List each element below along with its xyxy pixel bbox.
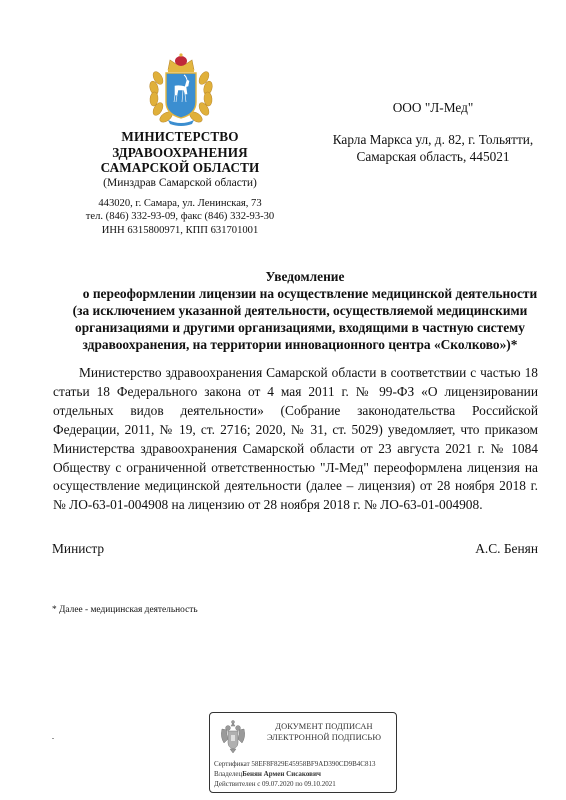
ministry-name-line-3: САМАРСКОЙ ОБЛАСТИ xyxy=(60,160,300,176)
stamp-title: ДОКУМЕНТ ПОДПИСАН ЭЛЕКТРОННОЙ ПОДПИСЬЮ xyxy=(254,721,394,743)
ministry-name-line-2: ЗДРАВООХРАНЕНИЯ xyxy=(60,145,300,161)
document-heading: Уведомление xyxy=(50,268,550,285)
ministry-address: 443020, г. Самара, ул. Ленинская, 73 xyxy=(60,197,300,210)
title-line-4: здравоохранения, на территории инновацио… xyxy=(50,336,550,353)
stamp-certificate: Сертификат 58EF8F829E45958BF9AD390CD9B4C… xyxy=(214,759,375,769)
signature-row: Министр А.С. Бенян xyxy=(52,541,538,557)
samara-region-coat-of-arms-icon xyxy=(146,52,216,126)
stamp-title-line-1: ДОКУМЕНТ ПОДПИСАН xyxy=(254,721,394,732)
stamp-owner: ВладелецБенян Армен Сисакович xyxy=(214,769,375,779)
stamp-title-line-2: ЭЛЕКТРОННОЙ ПОДПИСЬЮ xyxy=(254,732,394,743)
ministry-phone-fax: тел. (846) 332-93-09, факс (846) 332-93-… xyxy=(60,210,300,223)
recipient-address: Карла Маркса ул, д. 82, г. Тольятти, Сам… xyxy=(300,131,566,165)
owner-label: Владелец xyxy=(214,770,242,778)
title-line-2: (за исключением указанной деятельности, … xyxy=(50,302,550,319)
stamp-details: Сертификат 58EF8F829E45958BF9AD390CD9B4C… xyxy=(214,759,375,789)
recipient-address-line-2: Самарская область, 445021 xyxy=(300,148,566,165)
recipient-address-line-1: Карла Маркса ул, д. 82, г. Тольятти, xyxy=(300,131,566,148)
owner-value: Бенян Армен Сисакович xyxy=(242,770,321,778)
notice-body: Министерство здравоохранения Самарской о… xyxy=(53,364,538,515)
signatory-position: Министр xyxy=(52,541,104,557)
ministry-short-name: (Минздрав Самарской области) xyxy=(60,176,300,190)
ministry-inn-kpp: ИНН 6315800971, КПП 631701001 xyxy=(60,224,300,237)
title-line-3: организациями и другими организациями, в… xyxy=(50,319,550,336)
ministry-contacts: 443020, г. Самара, ул. Ленинская, 73 тел… xyxy=(60,197,300,237)
ministry-name-line-1: МИНИСТЕРСТВО xyxy=(60,129,300,145)
stamp-validity: Действителен с 09.07.2020 по 09.10.2021 xyxy=(214,779,375,789)
signatory-name: А.С. Бенян xyxy=(475,541,538,557)
electronic-signature-stamp: ДОКУМЕНТ ПОДПИСАН ЭЛЕКТРОННОЙ ПОДПИСЬЮ С… xyxy=(209,712,397,793)
russian-double-headed-eagle-icon xyxy=(218,719,248,753)
certificate-value: 58EF8F829E45958BF9AD390CD9B4C813 xyxy=(251,760,375,768)
recipient-name: ООО "Л-Мед" xyxy=(300,99,566,116)
ministry-name: МИНИСТЕРСТВО ЗДРАВООХРАНЕНИЯ САМАРСКОЙ О… xyxy=(60,129,300,176)
title-line-1: о переоформлении лицензии на осуществлен… xyxy=(50,285,550,302)
footnote: * Далее - медицинская деятельность xyxy=(52,605,198,615)
certificate-label: Сертификат xyxy=(214,760,250,768)
stray-mark xyxy=(52,738,54,739)
document-title: Уведомление о переоформлении лицензии на… xyxy=(50,268,550,353)
